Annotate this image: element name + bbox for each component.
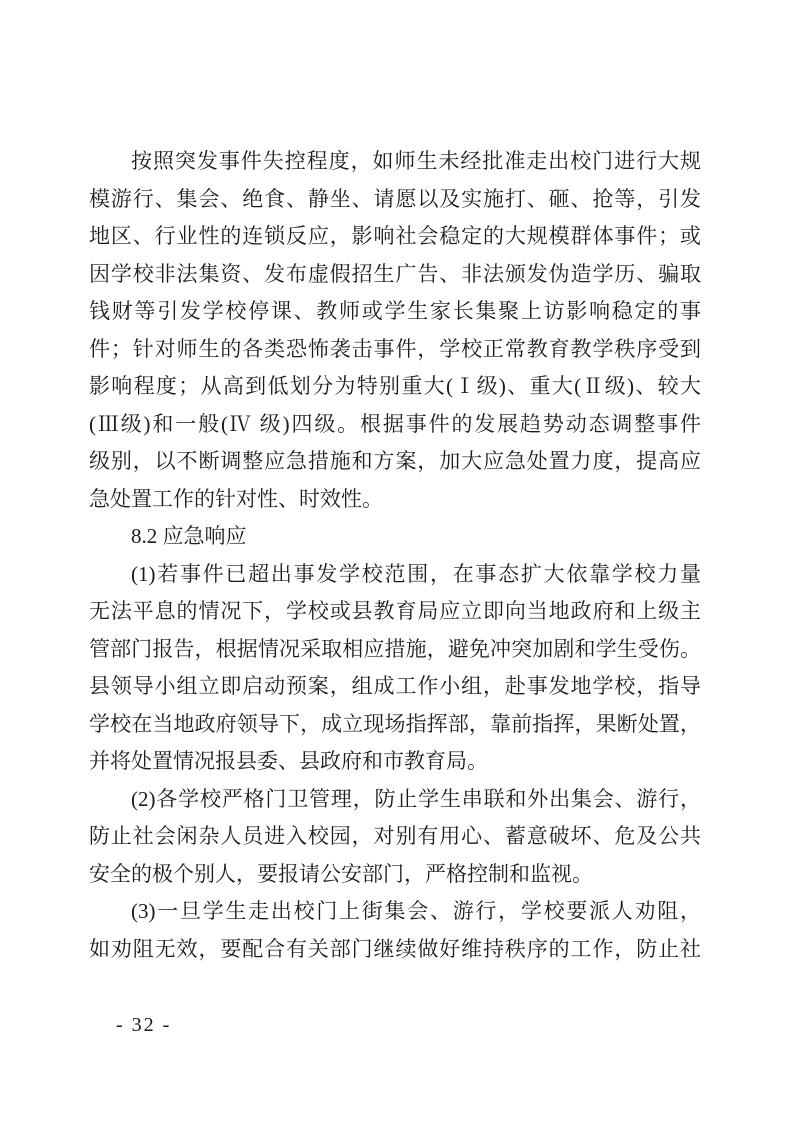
document-body: 按照突发事件失控程度，如师生未经批准走出校门进行大规模游行、集会、绝食、静坐、请… xyxy=(89,143,701,968)
paragraph: (2)各学校严格门卫管理，防止学生串联和外出集会、游行，防止社会闲杂人员进入校园… xyxy=(89,781,701,894)
text-line: 管部门报告，根据情况采取相应措施，避免冲突加剧和学生受伤。 xyxy=(89,631,701,669)
text-line: 县领导小组立即启动预案，组成工作小组，赴事发地学校，指导 xyxy=(89,668,701,706)
text-line: (3)一旦学生走出校门上街集会、游行，学校要派人劝阻， xyxy=(89,893,701,931)
paragraph: (3)一旦学生走出校门上街集会、游行，学校要派人劝阻，如劝阻无效，要配合有关部门… xyxy=(89,893,701,968)
text-line: 并将处置情况报县委、县政府和市教育局。 xyxy=(89,743,701,781)
text-line: 8.2 应急响应 xyxy=(89,518,701,556)
text-line: (Ⅲ级)和一般(Ⅳ 级)四级。根据事件的发展趋势动态调整事件 xyxy=(89,406,701,444)
text-line: 安全的极个别人，要报请公安部门，严格控制和监视。 xyxy=(89,856,701,894)
text-line: 影响程度；从高到低划分为特别重大(Ⅰ级)、重大(Ⅱ级)、较大 xyxy=(89,368,701,406)
text-line: 件；针对师生的各类恐怖袭击事件，学校正常教育教学秩序受到 xyxy=(89,331,701,369)
text-line: 防止社会闲杂人员进入校园，对别有用心、蓄意破坏、危及公共 xyxy=(89,818,701,856)
text-line: 级别，以不断调整应急措施和方案，加大应急处置力度，提高应 xyxy=(89,443,701,481)
text-line: 模游行、集会、绝食、静坐、请愿以及实施打、砸、抢等，引发 xyxy=(89,181,701,219)
paragraph: 按照突发事件失控程度，如师生未经批准走出校门进行大规模游行、集会、绝食、静坐、请… xyxy=(89,143,701,518)
page-number: - 32 - xyxy=(116,1010,171,1040)
document-page: 按照突发事件失控程度，如师生未经批准走出校门进行大规模游行、集会、绝食、静坐、请… xyxy=(0,0,793,1122)
text-line: 按照突发事件失控程度，如师生未经批准走出校门进行大规 xyxy=(89,143,701,181)
text-line: 钱财等引发学校停课、教师或学生家长集聚上访影响稳定的事 xyxy=(89,293,701,331)
text-line: 学校在当地政府领导下，成立现场指挥部，靠前指挥，果断处置， xyxy=(89,706,701,744)
text-line: 急处置工作的针对性、时效性。 xyxy=(89,481,701,519)
text-line: 无法平息的情况下，学校或县教育局应立即向当地政府和上级主 xyxy=(89,593,701,631)
text-line: 因学校非法集资、发布虚假招生广告、非法颁发伪造学历、骗取 xyxy=(89,256,701,294)
text-line: (1)若事件已超出事发学校范围，在事态扩大依靠学校力量 xyxy=(89,556,701,594)
section-heading: 8.2 应急响应 xyxy=(89,518,701,556)
text-line: 如劝阻无效，要配合有关部门继续做好维持秩序的工作，防止社 xyxy=(89,931,701,969)
paragraph: (1)若事件已超出事发学校范围，在事态扩大依靠学校力量无法平息的情况下，学校或县… xyxy=(89,556,701,781)
text-line: 地区、行业性的连锁反应，影响社会稳定的大规模群体事件；或 xyxy=(89,218,701,256)
text-line: (2)各学校严格门卫管理，防止学生串联和外出集会、游行， xyxy=(89,781,701,819)
